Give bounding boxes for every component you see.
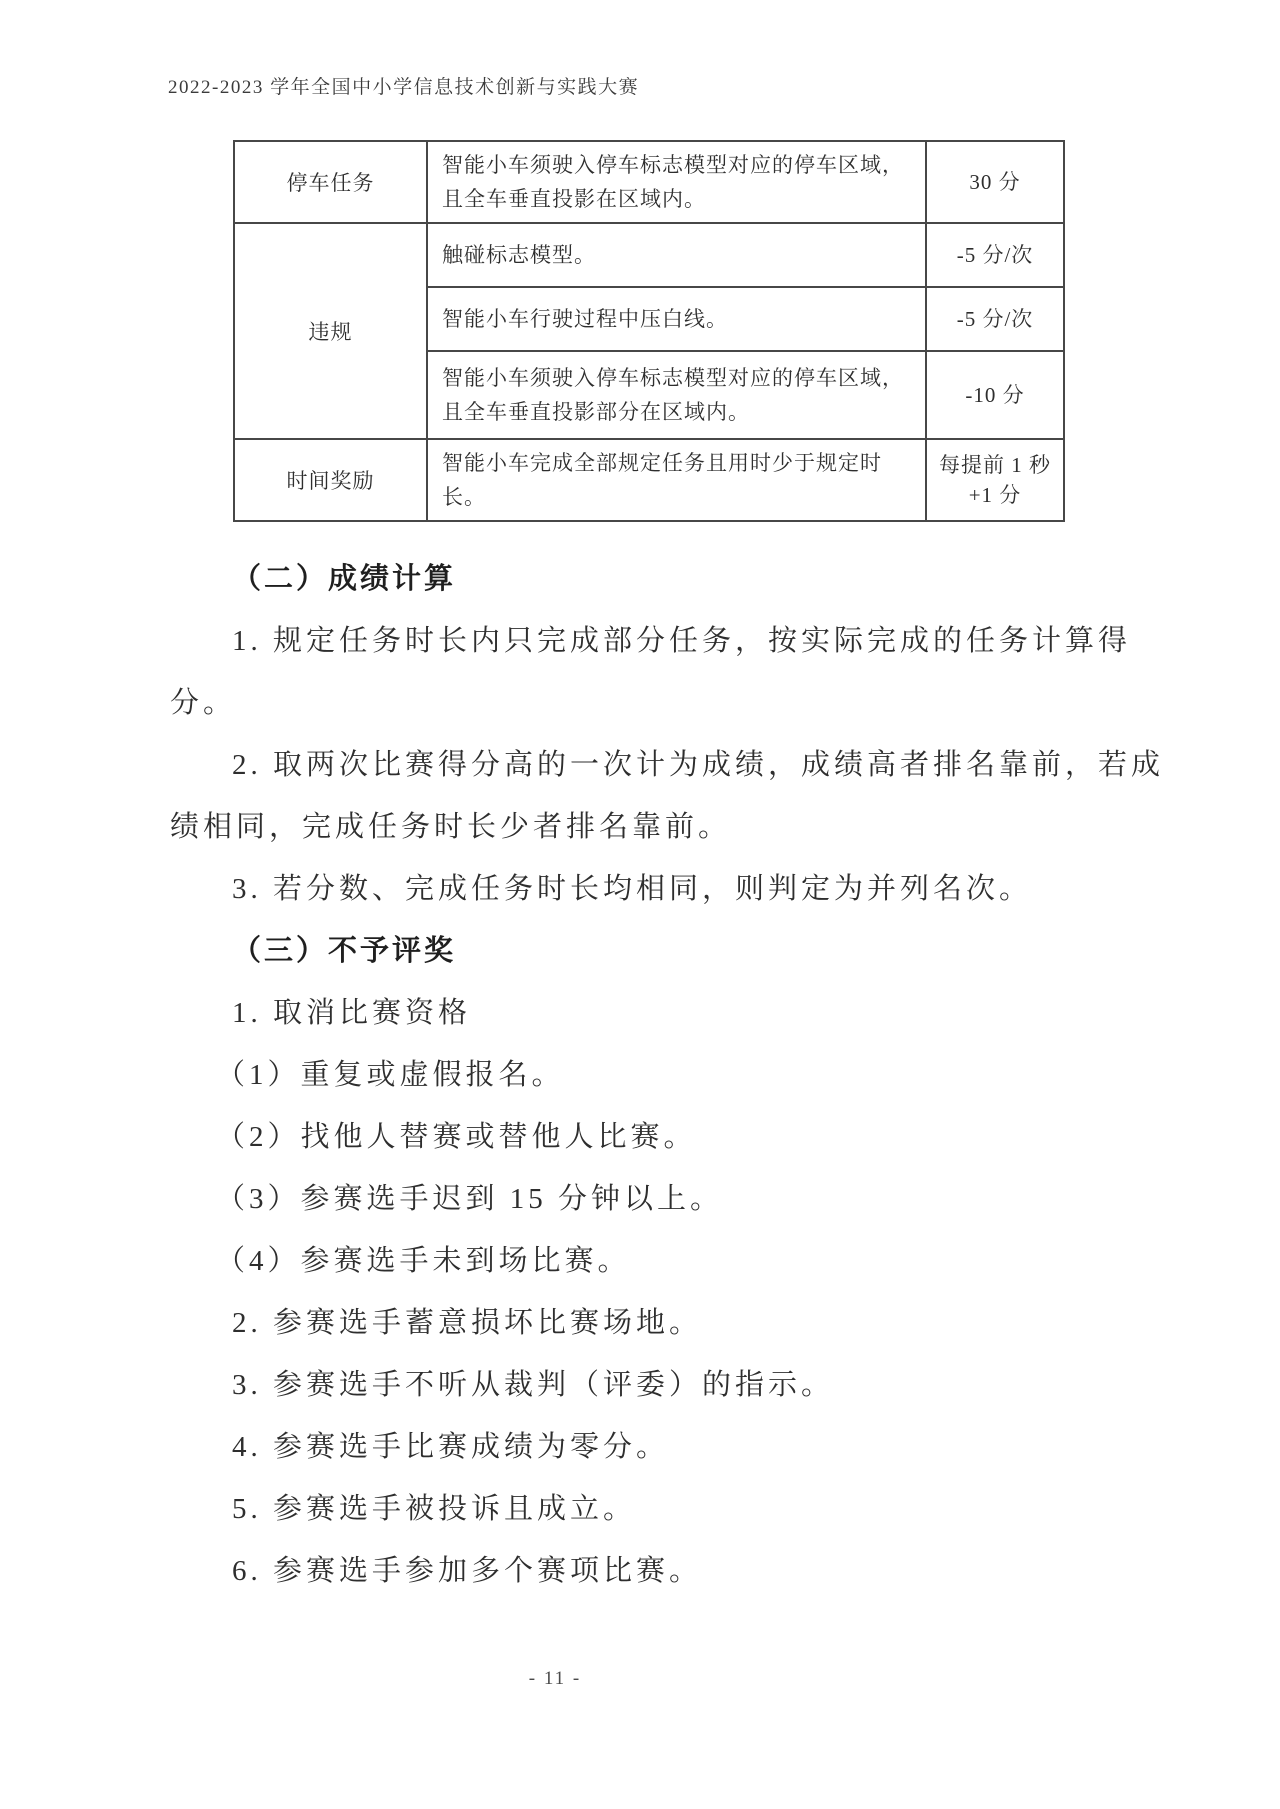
cell-score: -10 分 <box>926 351 1064 439</box>
body-line: 绩相同，完成任务时长少者排名靠前。 <box>170 796 1132 858</box>
scoring-rules-table: 停车任务 智能小车须驶入停车标志模型对应的停车区域，且全车垂直投影在区域内。 3… <box>233 140 1065 522</box>
cell-desc: 智能小车完成全部规定任务且用时少于规定时长。 <box>427 439 926 521</box>
cell-score: 每提前 1 秒 +1 分 <box>926 439 1064 521</box>
cell-desc: 触碰标志模型。 <box>427 223 926 287</box>
cell-score: -5 分/次 <box>926 287 1064 351</box>
cell-score: -5 分/次 <box>926 223 1064 287</box>
document-body: （二）成绩计算1. 规定任务时长内只完成部分任务，按实际完成的任务计算得分。2.… <box>170 548 1132 1602</box>
body-line: 3. 若分数、完成任务时长均相同，则判定为并列名次。 <box>170 858 1132 920</box>
cell-label: 时间奖励 <box>234 439 427 521</box>
body-line: 2. 取两次比赛得分高的一次计为成绩，成绩高者排名靠前，若成 <box>170 734 1132 796</box>
section-heading: （三）不予评奖 <box>170 920 1132 982</box>
score-line-1: 每提前 1 秒 <box>929 450 1061 480</box>
body-line: 4. 参赛选手比赛成绩为零分。 <box>170 1416 1132 1478</box>
body-line: 6. 参赛选手参加多个赛项比赛。 <box>170 1540 1132 1602</box>
body-line: （1）重复或虚假报名。 <box>170 1044 1132 1106</box>
body-line: 5. 参赛选手被投诉且成立。 <box>170 1478 1132 1540</box>
table-row-parking-task: 停车任务 智能小车须驶入停车标志模型对应的停车区域，且全车垂直投影在区域内。 3… <box>234 141 1064 223</box>
cell-score: 30 分 <box>926 141 1064 223</box>
cell-label-violation: 违规 <box>234 223 427 439</box>
table-row-time-bonus: 时间奖励 智能小车完成全部规定任务且用时少于规定时长。 每提前 1 秒 +1 分 <box>234 439 1064 521</box>
section-heading: （二）成绩计算 <box>170 548 1132 610</box>
table-row-violation-1: 违规 触碰标志模型。 -5 分/次 <box>234 223 1064 287</box>
cell-desc: 智能小车须驶入停车标志模型对应的停车区域，且全车垂直投影部分在区域内。 <box>427 351 926 439</box>
body-line: （2）找他人替赛或替他人比赛。 <box>170 1106 1132 1168</box>
body-line: 1. 取消比赛资格 <box>170 982 1132 1044</box>
body-line: （4）参赛选手未到场比赛。 <box>170 1230 1132 1292</box>
body-line: 2. 参赛选手蓄意损坏比赛场地。 <box>170 1292 1132 1354</box>
cell-label: 停车任务 <box>234 141 427 223</box>
document-header-title: 2022-2023 学年全国中小学信息技术创新与实践大赛 <box>168 72 639 99</box>
body-line: 分。 <box>170 672 1132 734</box>
cell-desc: 智能小车须驶入停车标志模型对应的停车区域，且全车垂直投影在区域内。 <box>427 141 926 223</box>
body-line: 1. 规定任务时长内只完成部分任务，按实际完成的任务计算得 <box>170 610 1132 672</box>
body-line: 3. 参赛选手不听从裁判（评委）的指示。 <box>170 1354 1132 1416</box>
score-line-2: +1 分 <box>929 480 1061 510</box>
page-number: - 11 - <box>455 1668 655 1690</box>
body-line: （3）参赛选手迟到 15 分钟以上。 <box>170 1168 1132 1230</box>
cell-desc: 智能小车行驶过程中压白线。 <box>427 287 926 351</box>
